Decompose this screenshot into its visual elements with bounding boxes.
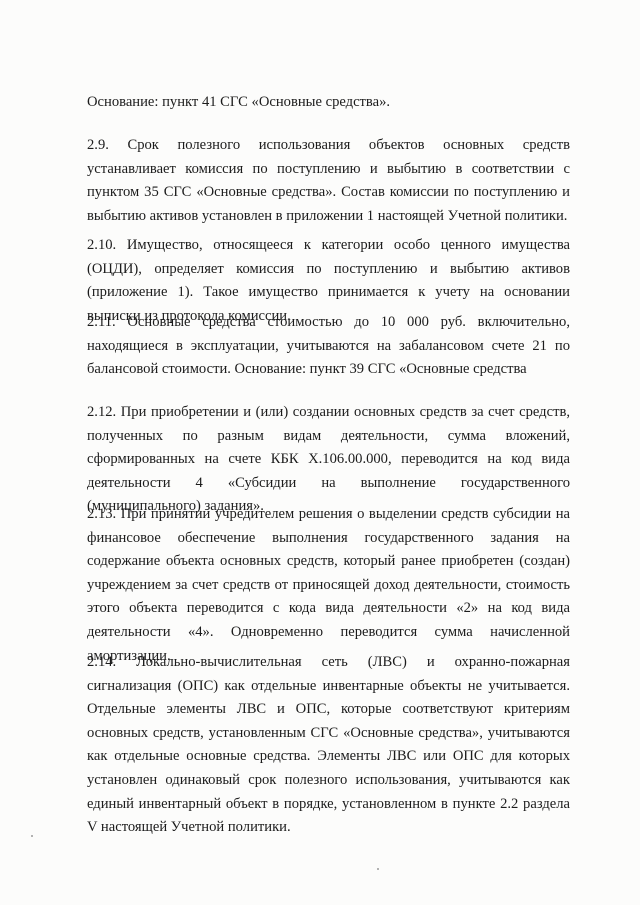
document-page: Основание: пункт 41 СГС «Основные средст… xyxy=(0,0,640,905)
paragraph-2-9: 2.9. Срок полезного использования объект… xyxy=(87,134,570,228)
paragraph-2-14: 2.14. Локально-вычислительная сеть (ЛВС)… xyxy=(87,651,570,840)
paragraph-2-11: 2.11. Основные средства стоимостью до 10… xyxy=(87,311,570,382)
paragraph-basis-41: Основание: пункт 41 СГС «Основные средст… xyxy=(87,91,570,115)
paragraph-2-12: 2.12. При приобретении и (или) создании … xyxy=(87,401,570,519)
scan-speck xyxy=(31,835,33,837)
paragraph-2-13: 2.13. При принятии учредителем решения о… xyxy=(87,503,570,668)
scan-speck xyxy=(377,868,379,870)
